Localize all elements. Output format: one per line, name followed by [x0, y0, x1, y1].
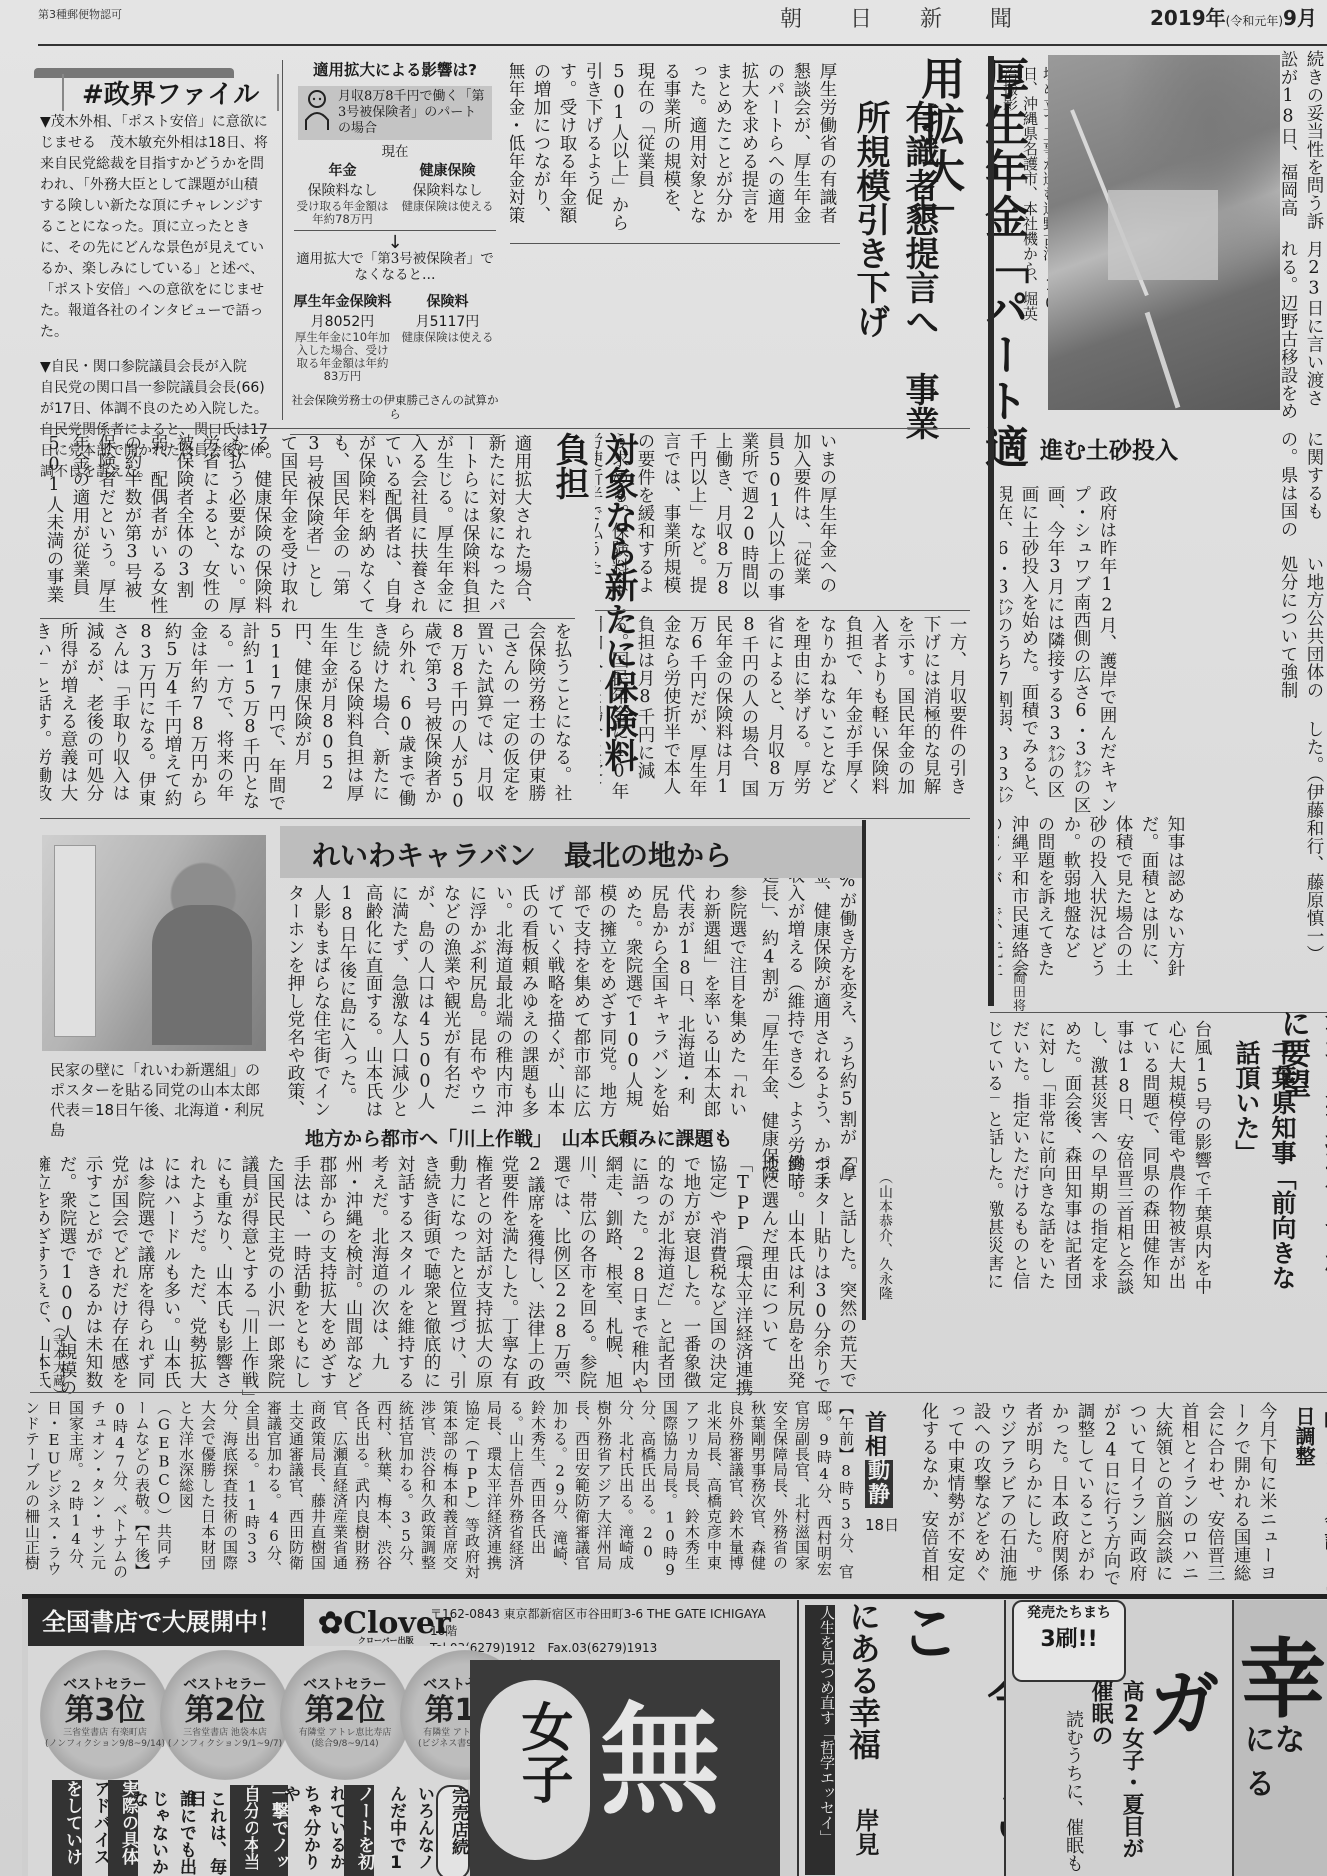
main-subheadline: 有識者懇提言へ 事業所規模引き下げ — [846, 100, 944, 440]
ad-book2-strip: 人生を見つめ直す「哲学エッセイ」 — [805, 1605, 835, 1875]
henoko-body: 政府は昨年12月、護岸で囲んだキャンプ・シュワブ南西側の広さ6・3㌶の区画、今年… — [1000, 485, 1120, 815]
seikai-file-title: #政界ファイル — [62, 74, 279, 111]
section-divider — [988, 56, 994, 1006]
ad-tagline: をしていけ — [52, 1780, 82, 1876]
reiwa-body: 参院選で注目を集めた「れいわ新選組」を率いる山本太郎代表が18日、北海道・利尻島… — [280, 884, 750, 1119]
current-pension: 年金 保険料なし 受け取る年金額は年約78万円 — [292, 160, 393, 226]
ad-tagline: ノートを初 — [344, 1785, 374, 1876]
main-lead-cont — [510, 250, 840, 415]
address-line: 〒162-0843 東京都新宿区市谷田町3-6 THE GATE ICHIGAY… — [430, 1606, 780, 1640]
note: 健康保険は使える — [397, 331, 498, 344]
henoko-col-top-3: に関するもの。県は国の裁決後、総務省の第三者機関 — [1282, 430, 1327, 550]
current-health: 健康保険 保険料なし 健康保険は使える — [397, 160, 498, 226]
shusho-doseki-body: 【午前】8時53分、官邸。9時4分、西村明宏官房副長官、北村滋国家安全保障局長、… — [22, 1400, 857, 1585]
bestseller-badge: ベストセラー 第2位 三省堂書店 池袋本店 (ノンフィクション9/1~9/7) — [160, 1650, 290, 1780]
rule — [40, 428, 970, 429]
date-era: (令和元年) — [1226, 14, 1283, 28]
reiwa-headline: れいわキャラバン 最北の地から — [312, 834, 732, 874]
ad-book1-circle-text: 女子 — [505, 1700, 580, 1804]
label: 相 — [865, 1436, 913, 1460]
infographic-title: 適用拡大による影響は? — [290, 58, 500, 80]
value: 月5117円 — [397, 311, 498, 331]
label: 静 — [865, 1484, 893, 1508]
date: 18日 — [865, 1514, 913, 1535]
ad-tagline: じゃないかな — [138, 1790, 168, 1876]
ad-tagline: これは、毎日 — [196, 1790, 226, 1876]
newspaper-name: 朝日新聞 — [780, 2, 1060, 33]
ad-book4-sub: になる — [1245, 1715, 1327, 1803]
ad-tagline: んだ中で1 — [376, 1785, 406, 1876]
current-label: 現在 — [290, 144, 500, 160]
newspaper-page: 第3種郵便物認可 朝日新聞 2019年(令和元年)9月 #政界ファイル ▼茂木外… — [0, 0, 1327, 1876]
issue-date: 2019年(令和元年)9月 — [1150, 2, 1317, 31]
shusho-doseki-title: 首 相 動 静 18日 — [865, 1412, 913, 1535]
ad-book1-title: 無 — [600, 1665, 720, 1837]
arrow-down-icon: ↓ — [290, 235, 500, 251]
photo-caption-reiwa: 民家の壁に「れいわ新選組」のポスターを貼る同党の山本太郎代表＝18日午後、北海道… — [50, 1060, 272, 1140]
reiwa-byline: （寺本大蔵） — [40, 1320, 70, 1400]
transition-text: 適用拡大で「第3号被保険者」でなくなると… — [290, 251, 500, 283]
sold-out-badge: 完売店続 — [436, 1785, 470, 1876]
infographic-case: 月収8万8千円で働く「第3号被保険者」のパートの場合 — [298, 86, 492, 140]
label: 保険料 — [397, 291, 498, 311]
ad-tagline: アドバイス — [80, 1780, 110, 1876]
main-lead: 厚生労働省の有識者懇談会が、厚生年金のパートらへの適用拡大を求める提言をまとめた… — [510, 62, 840, 237]
masthead-rule — [38, 44, 1327, 46]
divider — [294, 230, 496, 231]
note: 受け取る年金額は年約78万円 — [292, 200, 393, 226]
label: 動 — [865, 1460, 893, 1484]
ad-tagline: れているか — [316, 1785, 346, 1876]
henoko-aerial-photo — [1048, 55, 1280, 410]
label: 厚生年金保険料 — [292, 291, 393, 311]
person-icon — [304, 90, 330, 130]
rule — [40, 818, 970, 819]
iran-headline: ■日イラン会談24日調整 — [1290, 1406, 1327, 1606]
seikai-file-box: ▼茂木外相、「ポスト安倍」に意欲にじませる 茂木敏充外相は18日、将来自民党総裁… — [40, 112, 270, 458]
date-month: 9月 — [1283, 6, 1317, 30]
rule — [40, 618, 575, 619]
date-year: 2019年 — [1150, 6, 1226, 30]
infographic: 適用拡大による影響は? 月収8万8千円で働く「第3号被保険者」のパートの場合 現… — [290, 58, 500, 436]
henoko-col-top: 続きの妥当性を問う訴訟が18日、福岡高裁那覇支部で — [1282, 50, 1327, 230]
main-byline: （山本恭介、久永隆一） — [868, 1170, 898, 1320]
ad-book3-read: 読むうちに、催眠も — [1060, 1710, 1086, 1876]
after-pension: 厚生年金保険料 月8052円 厚生年金に10年加入した場合、受け取る年金額は年約… — [292, 291, 393, 383]
value: 保険料なし — [397, 180, 498, 200]
main-body-4: を払うことになる。社会保険労務士の伊東勝己さんの一定の仮定を置いた試算では、月収… — [40, 622, 575, 812]
main-body-5: 16%が働き方を変え、うち約5割が「厚生年金、健康保険が適用されるよう、かつ手取… — [755, 830, 860, 1190]
ad-tagline: 自分の本当 — [230, 1785, 260, 1876]
iran-body: 今月下旬に米ニューヨークで開かれる国連総会に合わせ、安倍晋三首相とイランのロハニ… — [920, 1402, 1280, 1587]
infographic-case-text: 月収8万8千円で働く「第3号被保険者」のパートの場合 — [338, 89, 485, 136]
henoko-byline: （岡田将平） — [1000, 958, 1030, 1018]
bestseller-badge: ベストセラー 第2位 有隣堂 アトレ恵比寿店 (総合9/8~9/14) — [280, 1650, 410, 1780]
rule — [30, 1392, 1327, 1393]
column-rule — [282, 60, 283, 420]
infographic-source: 社会保険労務士の伊東勝己さんの試算から — [290, 393, 500, 421]
note: 健康保険は使える — [397, 200, 498, 213]
bestseller-badge: ベストセラー 第3位 三省堂書店 有楽町店 (ノンフィクション9/8~9/14) — [40, 1650, 170, 1780]
main-body-3: 適用拡大された場合、新たに対象になったパートらには保険料負担が生じる。厚生年金に… — [40, 434, 535, 614]
chiba-subheadline: 千葉県知事「前向きな話頂いた」 — [1228, 1040, 1300, 1300]
postal-permit: 第3種郵便物認可 — [38, 6, 122, 22]
rule — [510, 243, 840, 244]
main-body-2: 一方、月収要件の引き下げには消極的な見解を示す。国民年金の加入者よりも軽い保険料… — [600, 615, 970, 810]
chiba-body: 台風15号の影響で千葉県内を中心に大規模停電や農作物被害が出ている問題で、同県の… — [990, 1020, 1215, 1300]
henoko-col-top-4: い地方公共団体の処分について強制的に意向を押し通 — [1282, 555, 1327, 705]
ad-banner: 全国書店で大展開中！ — [28, 1598, 304, 1646]
reiwa-body-2: る」と話した。突然の荒天でポスター貼りは30分余りで終了。山本氏は利尻島を出発地… — [40, 1155, 860, 1400]
current-row: 年金 保険料なし 受け取る年金額は年約78万円 健康保険 保険料なし 健康保険は… — [290, 160, 500, 226]
label: 首 — [865, 1412, 913, 1436]
clover-icon: ✿ — [318, 1606, 343, 1641]
label: 年金 — [292, 160, 393, 180]
section-divider — [862, 820, 866, 1320]
henoko-col-top-2: 月23日に言い渡される。辺野古移設をめぐる県と — [1282, 240, 1327, 420]
after-row: 厚生年金保険料 月8052円 厚生年金に10年加入した場合、受け取る年金額は年約… — [290, 291, 500, 383]
value: 月8052円 — [292, 311, 393, 331]
reiwa-subheadline: 地方から都市へ「川上作戦」 山本氏頼みに課題も — [305, 1124, 733, 1151]
note: 厚生年金に10年加入した場合、受け取る年金額は年約83万円 — [292, 331, 393, 383]
label: 健康保険 — [397, 160, 498, 180]
after-health: 保険料 月5117円 健康保険は使える — [397, 291, 498, 383]
ad-book3-burst: 発売たちまち 3刷!! — [1012, 1600, 1126, 1682]
henoko-col-top-5: した。（伊藤和行、藤原慎一） — [1282, 720, 1327, 1000]
yamamoto-photo — [42, 835, 266, 1051]
henoko-headline: 進む土砂投入 — [1040, 432, 1178, 465]
ad-tagline: いろんなノ — [404, 1785, 434, 1876]
ad-book2-author: 岸見 — [848, 1808, 883, 1856]
value: 保険料なし — [292, 180, 393, 200]
seikai-item: ▼茂木外相、「ポスト安倍」に意欲にじませる 茂木敏充外相は18日、将来自民党総裁… — [40, 112, 270, 343]
rule — [595, 610, 970, 611]
